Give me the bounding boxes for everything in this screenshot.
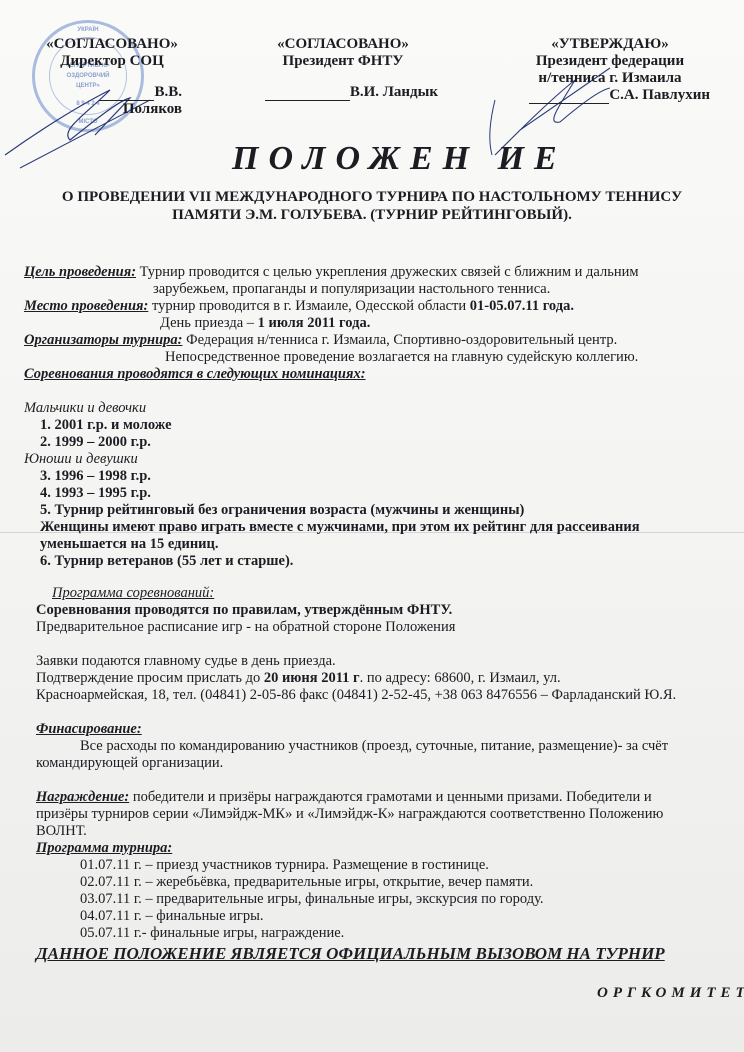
approval-position: Президент ФНТУ — [248, 53, 438, 70]
tournament-program-label: Программа турнира: — [36, 840, 172, 857]
nomination-item: 2. 1999 – 2000 г.р. — [40, 434, 151, 451]
applications-line2: Подтверждение просим прислать до 20 июня… — [36, 670, 561, 687]
group-children: Мальчики и девочки — [24, 400, 146, 417]
approval-position: н/тенниса г. Измаила — [510, 70, 710, 87]
awards-label: Награждение: — [36, 789, 129, 805]
nomination-veterans: 6. Турнир ветеранов (55 лет и старше). — [40, 553, 293, 570]
program-day: 03.07.11 г. – предварительные игры, фина… — [80, 891, 544, 908]
goal-line1: Цель проведения: Турнир проводится с цел… — [24, 264, 639, 281]
venue-label: Место проведения: — [24, 298, 148, 314]
approval-block-federation: «УТВЕРЖДАЮ» Президент федерации н/теннис… — [510, 36, 710, 104]
financing-text2: командирующей организации. — [36, 755, 223, 772]
approval-block-director: «СОГЛАСОВАНО» Директор СОЦ В.В. Поляков — [42, 36, 182, 118]
organizers-line2: Непосредственное проведение возлагается … — [165, 349, 638, 366]
signature-line — [99, 86, 154, 101]
program-day: 02.07.11 г. – жеребьёвка, предварительны… — [80, 874, 533, 891]
financing-text1: Все расходы по командированию участников… — [80, 738, 668, 755]
signer-name: С.А. Павлухин — [609, 87, 710, 103]
signature-line — [265, 86, 350, 101]
nomination-item: 4. 1993 – 1995 г.р. — [40, 485, 151, 502]
document-title: ПОЛОЖЕН ИЕ — [232, 140, 567, 178]
approval-heading: «СОГЛАСОВАНО» — [248, 36, 438, 53]
competition-program-label: Программа соревнований: — [52, 585, 214, 602]
women-note: Женщины имеют право играть вместе с мужч… — [40, 519, 640, 536]
nomination-item: 5. Турнир рейтинговый без ограничения во… — [40, 502, 524, 519]
awards-line1: Награждение: победители и призёры награж… — [36, 789, 652, 806]
financing-label: Финасирование: — [36, 721, 142, 738]
women-note: уменьшается на 15 единиц. — [40, 536, 219, 553]
document-page: УКРАЇН «СПОРТИВНО- ОЗДОРОВЧИЙ ЦЕНТР» 8 9… — [0, 0, 744, 1052]
document-subtitle: О ПРОВЕДЕНИИ VII МЕЖДУНАРОДНОГО ТУРНИРА … — [0, 188, 744, 224]
nomination-item: 3. 1996 – 1998 г.р. — [40, 468, 151, 485]
venue-line1: Место проведения: турнир проводится в г.… — [24, 298, 574, 315]
approval-position: Директор СОЦ — [42, 53, 182, 70]
official-call-notice: ДАННОЕ ПОЛОЖЕНИЕ ЯВЛЯЕТСЯ ОФИЦИАЛЬНЫМ ВЫ… — [36, 944, 665, 964]
organizing-committee: ОРГКОМИТЕТ — [597, 985, 744, 1002]
program-day: 05.07.11 г.- финальные игры, награждение… — [80, 925, 344, 942]
approval-block-fntu: «СОГЛАСОВАНО» Президент ФНТУ В.И. Ландык — [248, 36, 438, 101]
nominations-label: Соревнования проводятся в следующих номи… — [24, 366, 366, 383]
group-juniors: Юноши и девушки — [24, 451, 138, 468]
awards-line3: ВОЛНТ. — [36, 823, 87, 840]
goal-label: Цель проведения: — [24, 264, 136, 280]
signer-name: В.И. Ландык — [350, 84, 438, 100]
nomination-item: 1. 2001 г.р. и моложе — [40, 417, 172, 434]
approval-heading: «УТВЕРЖДАЮ» — [510, 36, 710, 53]
schedule-note: Предварительное расписание игр - на обра… — [36, 619, 455, 636]
arrival-line: День приезда – 1 июля 2011 года. — [160, 315, 370, 332]
applications-line1: Заявки подаются главному судье в день пр… — [36, 653, 336, 670]
program-day: 01.07.11 г. – приезд участников турнира.… — [80, 857, 489, 874]
awards-line2: призёры турниров серии «Лимэйдж-МК» и «Л… — [36, 806, 663, 823]
program-day: 04.07.11 г. – финальные игры. — [80, 908, 264, 925]
approval-position: Президент федерации — [510, 53, 710, 70]
signature-line — [529, 89, 609, 104]
rules-text: Соревнования проводятся по правилам, утв… — [36, 602, 452, 619]
goal-line2: зарубежьем, пропаганды и популяризации н… — [153, 281, 550, 298]
organizers-line1: Организаторы турнира: Федерация н/теннис… — [24, 332, 617, 349]
organizers-label: Организаторы турнира: — [24, 332, 182, 348]
approval-heading: «СОГЛАСОВАНО» — [42, 36, 182, 53]
contact-line: Красноармейская, 18, тел. (04841) 2-05-8… — [36, 687, 676, 704]
